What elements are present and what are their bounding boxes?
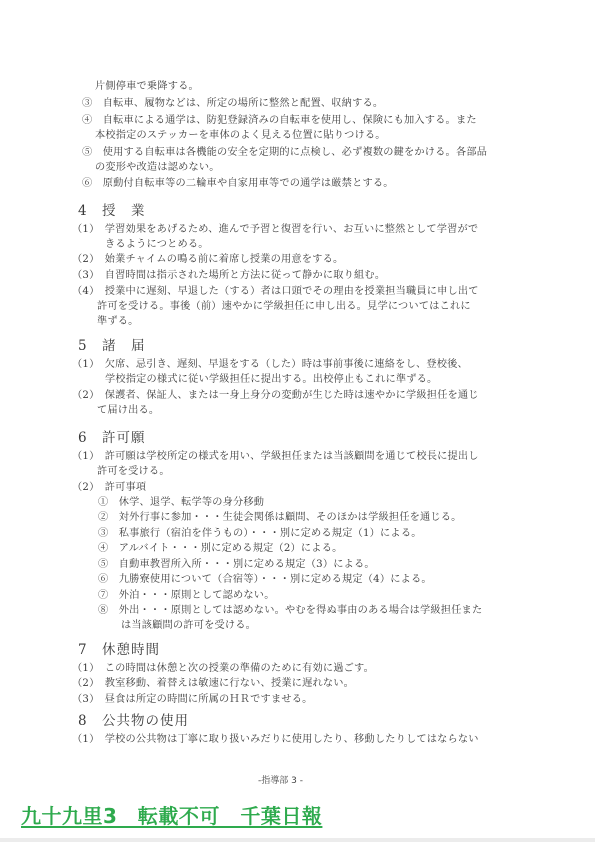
section-number: 4 bbox=[78, 203, 102, 219]
section-title: 諸 届 bbox=[102, 338, 146, 354]
page-number: -指導部 3 - bbox=[258, 773, 303, 786]
text-line: （2） 許可事項 bbox=[72, 481, 146, 494]
section-heading: 6許可願 bbox=[78, 430, 146, 446]
text-line: 準ずる。 bbox=[97, 315, 139, 328]
list-item: ④ アルバイト・・・別に定める規定（2）による。 bbox=[98, 542, 342, 555]
section-heading: 5諸 届 bbox=[78, 338, 146, 354]
text-line: 許可を受ける。事後（前）速やかに学級担任に申し出る。見学についてはこれに bbox=[97, 300, 471, 313]
section-title: 許可願 bbox=[102, 430, 146, 446]
text-line: （2） 保護者、保証人、または一身上身分の変動が生じた時は速やかに学級担任を通じ bbox=[72, 389, 479, 402]
list-item: ② 対外行事に参加・・・生徒会関係は顧問、そのほかは学級担任を通じる。 bbox=[98, 511, 462, 524]
list-item: ① 休学、退学、転学等の身分移動 bbox=[98, 496, 264, 509]
text-line: 本校指定のステッカーを車体のよく見える位置に貼りつける。 bbox=[95, 129, 386, 142]
text-line: （1） 許可願は学校所定の様式を用い、学級担任または当該顧問を通じて校長に提出し bbox=[72, 450, 479, 463]
text-line: の変形や改造は認めない。 bbox=[95, 161, 220, 174]
text-line: ④ 自転車による通学は、防犯登録済みの自転車を使用し、保険にも加入する。また bbox=[82, 114, 477, 127]
section-number: 7 bbox=[78, 642, 102, 658]
text-line: （2） 始業チャイムの鳴る前に着席し授業の用意をする。 bbox=[72, 253, 343, 266]
section-number: 6 bbox=[78, 430, 102, 446]
list-item: は当該顧問の許可を受ける。 bbox=[121, 619, 256, 632]
section-title: 授 業 bbox=[102, 203, 146, 219]
text-line: て届け出る。 bbox=[97, 404, 159, 417]
list-item: ⑥ 九勝寮使用について（合宿等）・・・別に定める規定（4）による。 bbox=[98, 573, 432, 586]
text-line: ⑥ 原動付自転車等の二輪車や自家用車等での通学は厳禁とする。 bbox=[82, 177, 394, 190]
text-line: （3） 自習時間は指示された場所と方法に従って静かに取り組む。 bbox=[72, 269, 385, 282]
section-heading: 8公共物の使用 bbox=[78, 713, 189, 729]
section-title: 休憩時間 bbox=[102, 642, 160, 658]
text-line: きるようにつとめる。 bbox=[105, 238, 209, 251]
list-item: ③ 私事旅行（宿泊を伴うもの）・・・別に定める規定（1）による。 bbox=[98, 527, 422, 540]
text-line: ⑤ 使用する自転車は各機能の安全を定期的に点検し、必ず複数の鍵をかける。各部品 bbox=[82, 146, 487, 159]
text-line: 学校指定の様式に従い学級担任に提出する。出校停止もこれに準ずる。 bbox=[105, 373, 437, 386]
text-line: （3） 昼食は所定の時間に所属のＨＲですませる。 bbox=[72, 693, 313, 706]
section-number: 5 bbox=[78, 338, 102, 354]
document-page: 片側停車で乗降する。 ③ 自転車、履物などは、所定の場所に整然と配置、収納する。… bbox=[0, 0, 595, 842]
text-line: （1） 学習効果をあげるため、進んで予習と復習を行い、お互いに整然として学習がで bbox=[72, 223, 478, 236]
text-line: （1） この時間は休憩と次の授業の準備のために有効に過ごす。 bbox=[72, 662, 374, 675]
page-edge bbox=[0, 838, 595, 842]
text-line: 片側停車で乗降する。 bbox=[95, 80, 199, 93]
list-item: ⑤ 自動車教習所入所・・・別に定める規定（3）による。 bbox=[98, 558, 375, 571]
section-number: 8 bbox=[78, 713, 102, 729]
text-line: （1） 欠席、忌引き、遅刻、早退をする（した）時は事前事後に連絡をし、登校後、 bbox=[72, 358, 468, 371]
text-line: ③ 自転車、履物などは、所定の場所に整然と配置、収納する。 bbox=[82, 97, 383, 110]
text-line: （1） 学校の公共物は丁寧に取り扱いみだりに使用したり、移動したりしてはならない bbox=[72, 733, 479, 746]
watermark-text: 九十九里3 転載不可 千葉日報 bbox=[21, 800, 322, 829]
text-line: （4） 授業中に遅刻、早退した（する）者は口頭でその理由を授業担当職員に申し出て bbox=[72, 285, 479, 298]
section-heading: 4授 業 bbox=[78, 203, 146, 219]
text-line: （2） 教室移動、着替えは敏速に行ない、授業に遅れない。 bbox=[72, 677, 354, 690]
text-line: 許可を受ける。 bbox=[97, 465, 170, 478]
section-heading: 7休憩時間 bbox=[78, 642, 160, 658]
list-item: ⑦ 外泊・・・原則として認めない。 bbox=[98, 589, 275, 602]
list-item: ⑧ 外出・・・原則としては認めない。やむを得ぬ事由のある場合は学級担任また bbox=[98, 604, 482, 617]
section-title: 公共物の使用 bbox=[102, 713, 189, 729]
